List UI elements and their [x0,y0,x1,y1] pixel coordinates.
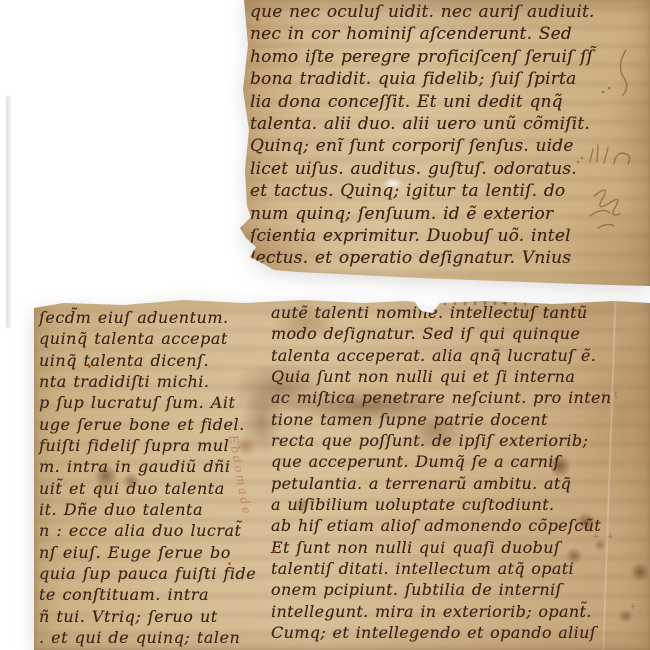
bottom-fragment-wrapper: g ſecd̃m eiuſ aduentum.quinq̃ talenta ac… [34,294,650,650]
manuscript-line: talenta acceperat. alia qnq̃ lucratuſ ẽ. [271,345,649,366]
manuscript-line: fuiſti fideliſ ſupra mul [39,435,251,456]
red-ink-fleck [228,562,231,565]
manuscript-line: ñ tui. Vtriq; ſeruo ut [39,606,251,627]
manuscript-line: uit̃ et qui duo talenta [39,478,251,499]
bottom-fragment: g ſecd̃m eiuſ aduentum.quinq̃ talenta ac… [34,294,650,650]
manuscript-line: quinq̃ talenta accepat [39,328,251,349]
margin-cross-mark: + [629,602,639,612]
manuscript-line: tione tamen ſupne patrie docent [271,409,649,430]
manuscript-line: que acceperunt. Dumq̃ ſe a carniſ [271,451,649,472]
manuscript-line: uinq̃ talenta dicenſ. [39,350,251,371]
manuscript-line: it. Dñe duo talenta [39,499,251,520]
pen-trials-marginalia-icon [238,0,650,290]
manuscript-line: n : ecce alia duo lucrat̃ [39,520,251,541]
top-fragment: que nec oculuſ uidit. nec auriſ audiuit.… [238,0,650,290]
manuscript-line: te conſtituam. intra [39,584,251,605]
manuscript-line: intellegunt. mira in exteriorib; opant̃. [271,601,649,622]
manuscript-line: ac miſtica penetrare neſciunt. pro inten [271,387,649,408]
manuscript-line: ſecd̃m eiuſ aduentum. [39,307,251,328]
manuscript-line: onem pcipiunt. ſubtilia de interniſ [271,579,649,600]
manuscript-line: Cumq; et intellegendo et opando aliuſ [271,622,649,643]
manuscript-line: modo deſignatur. Sed iſ qui quinque [271,323,649,344]
manuscript-line: Quia ſunt non nulli qui et ſi interna [271,366,649,387]
manuscript-line: autẽ talenti nomine. intellectuſ tantũ [271,302,649,323]
margin-cross-mark: + + [592,532,616,542]
manuscript-line: . et qui de quinq; talen [39,627,251,648]
bottom-right-column: autẽ talenti nomine. intellectuſ tantũmo… [271,302,649,644]
top-fragment-wrapper: que nec oculuſ uidit. nec auriſ audiuit.… [238,0,650,290]
manuscript-line: uge ſerue bone et fidel. [39,414,251,435]
manuscript-line: petulantia. a terrenarũ ambitu. atq̃ [271,473,649,494]
manuscript-line: quia ſup pauca fuiſti fide [39,563,251,584]
manuscript-line: m. intra in gaudiũ dñi [39,456,251,477]
manuscript-line: talentiſ ditati. intellectum atq̃ opati [271,558,649,579]
red-ink-fleck [88,365,91,368]
manuscript-line: nſ eiuſ. Euge ſerue bo [39,542,251,563]
bottom-left-column: ſecd̃m eiuſ aduentum.quinq̃ talenta acce… [39,307,251,649]
manuscript-photo: que nec oculuſ uidit. nec auriſ audiuit.… [0,0,650,650]
manuscript-line: nta tradidiſti michi. [39,371,251,392]
manuscript-line: recta que poſſunt. de ipſiſ exteriorib; [271,430,649,451]
margin-cross-mark: + t [600,391,620,401]
manuscript-line: p ſup lucratuſ ſum. Ait [39,392,251,413]
manuscript-line: a uiſibilium uoluptate cuſtodiunt. [271,494,649,515]
red-ink-fleck [273,550,276,553]
adjacent-page-edge [6,96,11,328]
